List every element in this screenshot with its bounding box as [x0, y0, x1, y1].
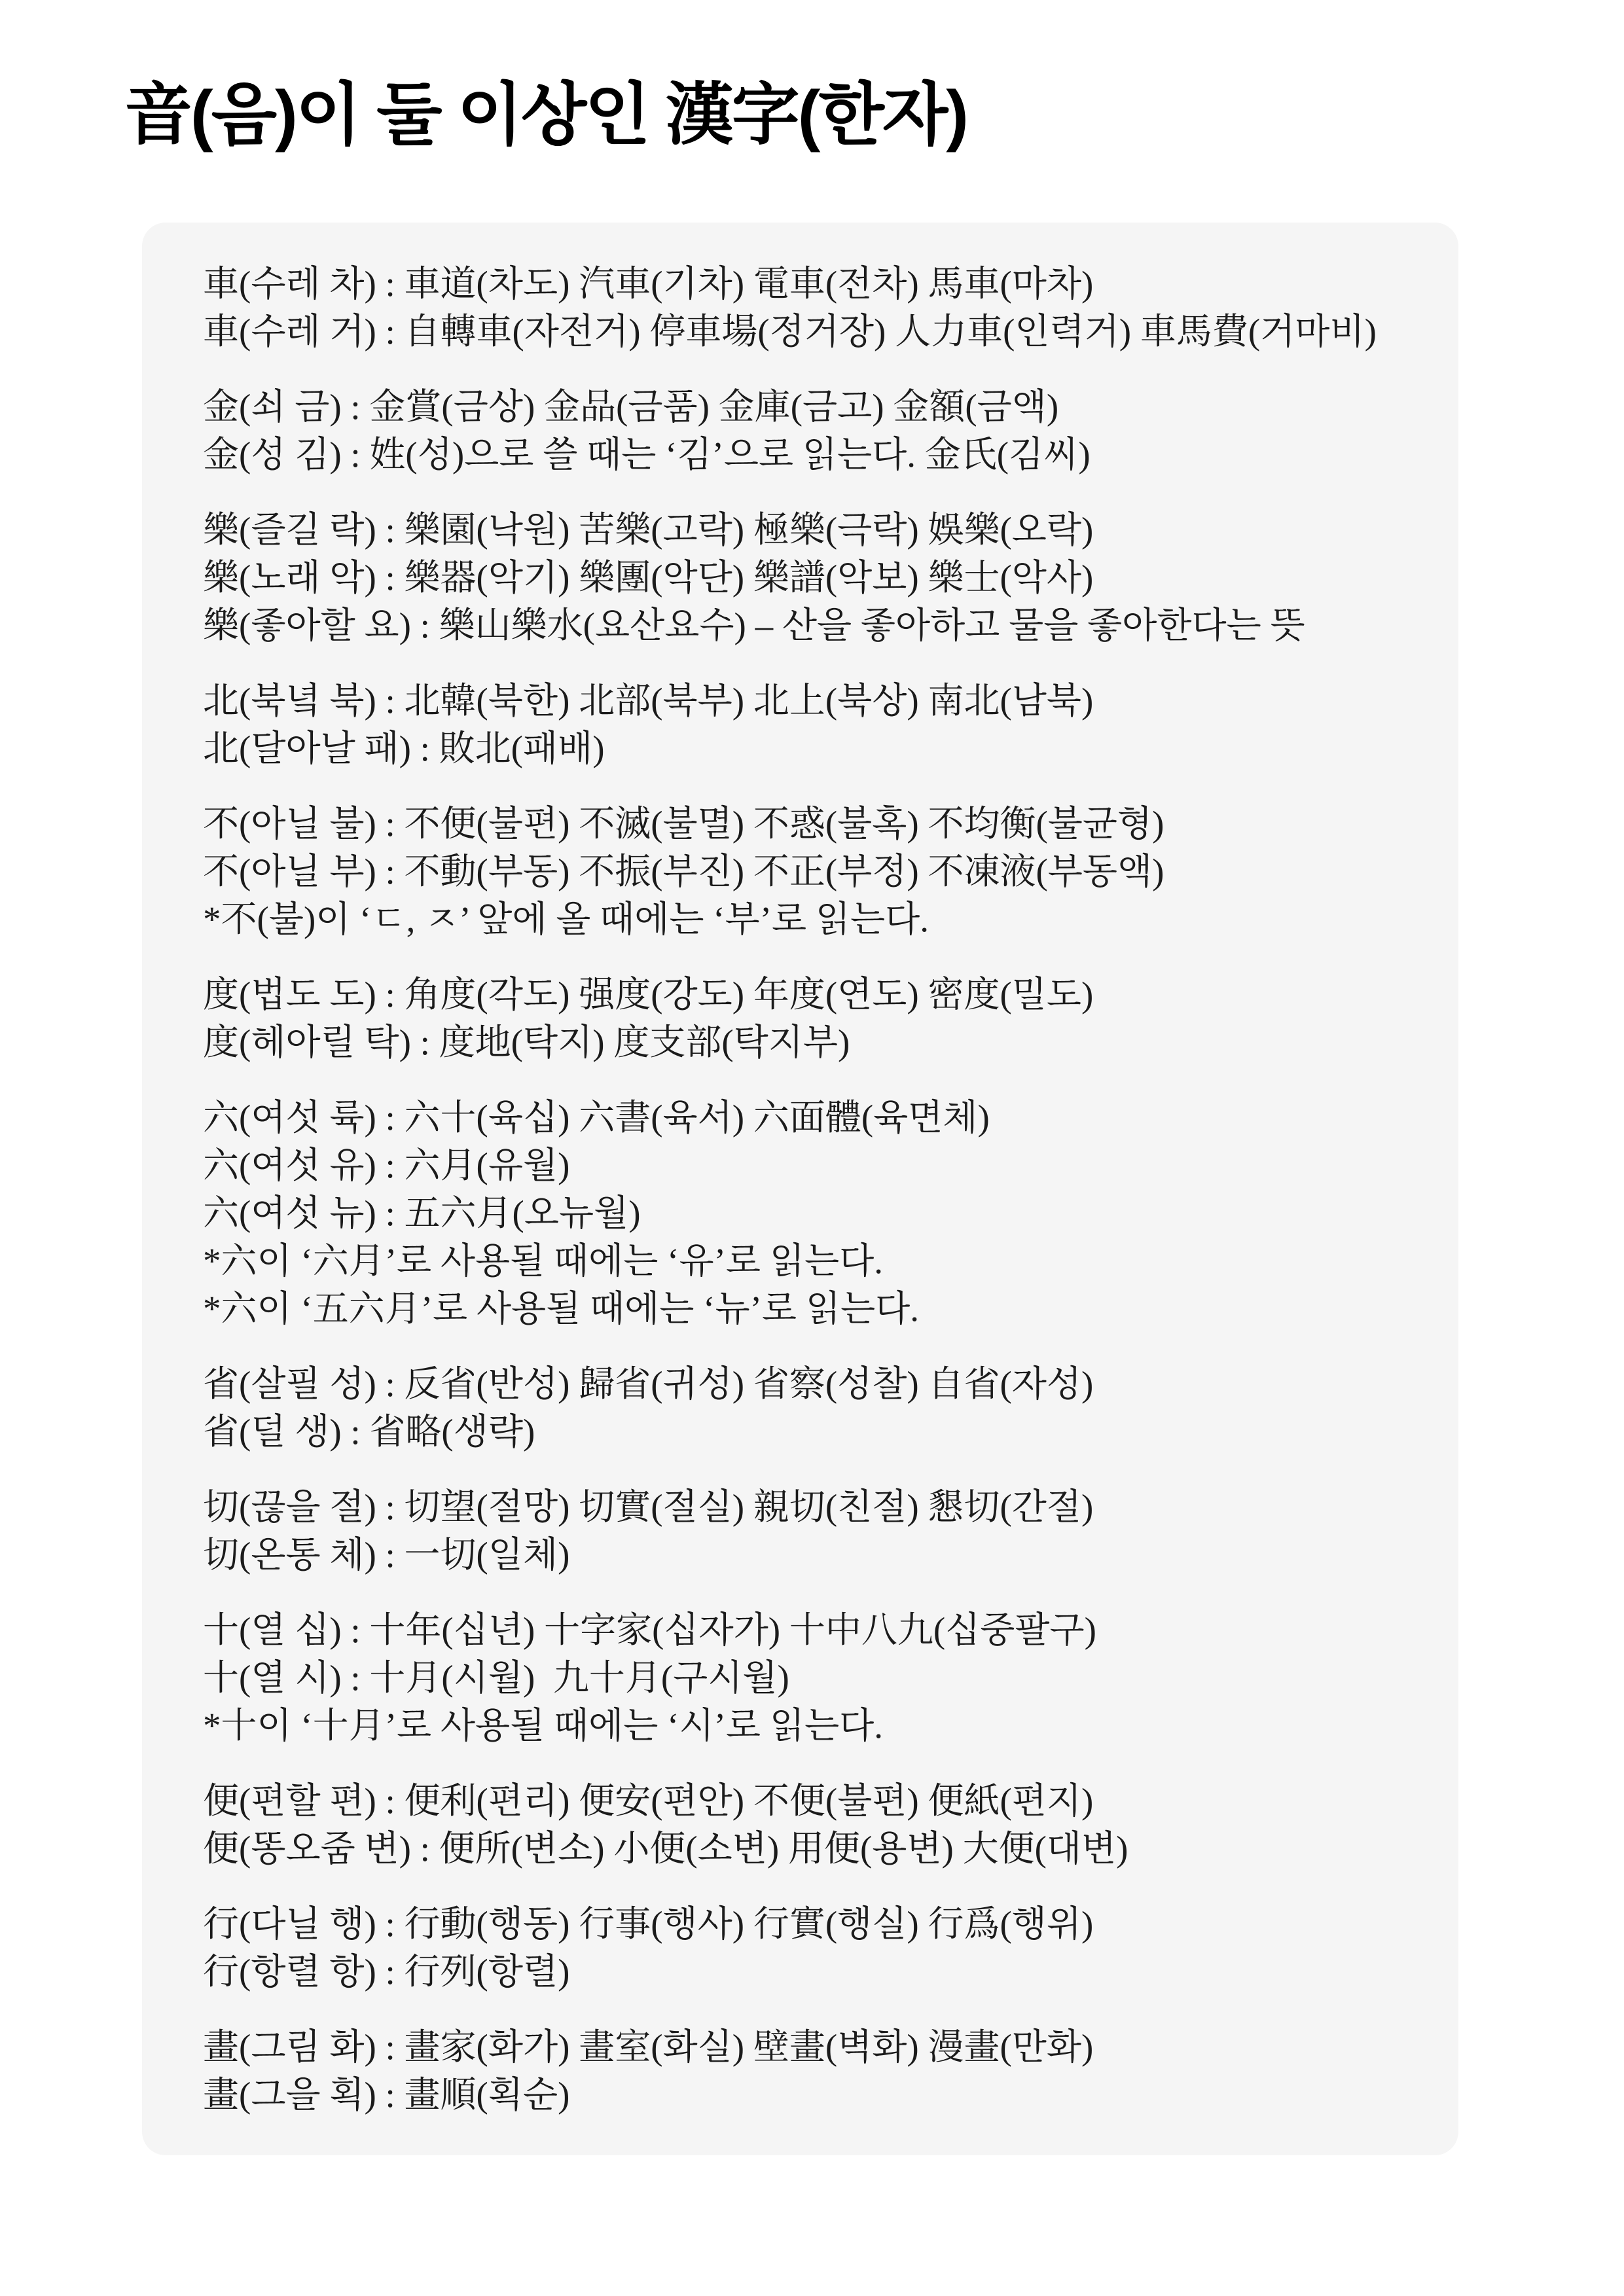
document-page: 音(음)이 둘 이상인 漢字(한자) 車(수레 차) : 車道(차도) 汽車(기… [0, 0, 1624, 2296]
hanja-group: 不(아닐 불) : 不便(불편) 不滅(불멸) 不惑(불혹) 不均衡(불균형)不… [203, 800, 1422, 943]
entry-line: 不(아닐 부) : 不動(부동) 不振(부진) 不正(부정) 不凍液(부동액) [203, 848, 1422, 895]
entry-line: 切(끊을 절) : 切望(절망) 切實(절실) 親切(친절) 懇切(간절) [203, 1483, 1422, 1531]
hanja-group: 十(열 십) : 十年(십년) 十字家(십자가) 十中八九(십중팔구)十(열 시… [203, 1606, 1422, 1749]
note-line: *十이 ‘十月’로 사용될 때에는 ‘시’로 읽는다. [203, 1702, 1422, 1749]
hanja-group: 切(끊을 절) : 切望(절망) 切實(절실) 親切(친절) 懇切(간절)切(온… [203, 1483, 1422, 1579]
entry-line: 樂(즐길 락) : 樂園(낙원) 苦樂(고락) 極樂(극락) 娛樂(오락) [203, 506, 1422, 554]
entry-line: 北(북녘 북) : 北韓(북한) 北部(북부) 北上(북상) 南北(남북) [203, 677, 1422, 725]
entry-line: 度(법도 도) : 角度(각도) 强度(강도) 年度(연도) 密度(밀도) [203, 971, 1422, 1018]
entry-line: 切(온통 체) : 一切(일체) [203, 1531, 1422, 1579]
entry-line: 金(쇠 금) : 金賞(금상) 金品(금품) 金庫(금고) 金額(금액) [203, 383, 1422, 431]
entry-line: 度(헤아릴 탁) : 度地(탁지) 度支部(탁지부) [203, 1018, 1422, 1066]
hanja-group: 便(편할 편) : 便利(편리) 便安(편안) 不便(불편) 便紙(편지)便(똥… [203, 1777, 1422, 1873]
entry-line: 省(덜 생) : 省略(생략) [203, 1408, 1422, 1456]
note-line: *不(불)이 ‘ㄷ, ㅈ’ 앞에 올 때에는 ‘부’로 읽는다. [203, 895, 1422, 943]
hanja-group: 車(수레 차) : 車道(차도) 汽車(기차) 電車(전차) 馬車(마차)車(수… [203, 260, 1422, 355]
entry-line: 金(성 김) : 姓(성)으로 쓸 때는 ‘김’으로 읽는다. 金氏(김씨) [203, 431, 1422, 478]
hanja-group: 度(법도 도) : 角度(각도) 强度(강도) 年度(연도) 密度(밀도)度(헤… [203, 971, 1422, 1066]
entry-line: 畫(그림 화) : 畫家(화가) 畫室(화실) 壁畫(벽화) 漫畫(만화) [203, 2023, 1422, 2071]
hanja-group: 畫(그림 화) : 畫家(화가) 畫室(화실) 壁畫(벽화) 漫畫(만화)畫(그… [203, 2023, 1422, 2119]
hanja-group: 省(살필 성) : 反省(반성) 歸省(귀성) 省察(성찰) 自省(자성)省(덜… [203, 1360, 1422, 1456]
entry-line: 樂(좋아할 요) : 樂山樂水(요산요수) – 산을 좋아하고 물을 좋아한다는… [203, 601, 1422, 649]
entry-line: 六(여섯 륙) : 六十(육십) 六書(육서) 六面體(육면체) [203, 1094, 1422, 1141]
hanja-group: 六(여섯 륙) : 六十(육십) 六書(육서) 六面體(육면체)六(여섯 유) … [203, 1094, 1422, 1333]
entry-line: 行(항렬 항) : 行列(항렬) [203, 1948, 1422, 1996]
entry-line: 行(다닐 행) : 行動(행동) 行事(행사) 行實(행실) 行爲(행위) [203, 1900, 1422, 1948]
entry-line: 便(똥오줌 변) : 便所(변소) 小便(소변) 用便(용변) 大便(대변) [203, 1825, 1422, 1873]
entry-line: 省(살필 성) : 反省(반성) 歸省(귀성) 省察(성찰) 自省(자성) [203, 1360, 1422, 1408]
entry-line: 十(열 십) : 十年(십년) 十字家(십자가) 十中八九(십중팔구) [203, 1606, 1422, 1654]
hanja-group: 行(다닐 행) : 行動(행동) 行事(행사) 行實(행실) 行爲(행위)行(항… [203, 1900, 1422, 1996]
entry-line: 車(수레 차) : 車道(차도) 汽車(기차) 電車(전차) 馬車(마차) [203, 260, 1422, 308]
page-title: 音(음)이 둘 이상인 漢字(한자) [124, 80, 967, 151]
content-card: 車(수레 차) : 車道(차도) 汽車(기차) 電車(전차) 馬車(마차)車(수… [142, 223, 1458, 2155]
entry-line: 畫(그을 획) : 畫順(획순) [203, 2071, 1422, 2119]
entry-line: 六(여섯 유) : 六月(유월) [203, 1141, 1422, 1189]
hanja-group: 樂(즐길 락) : 樂園(낙원) 苦樂(고락) 極樂(극락) 娛樂(오락)樂(노… [203, 506, 1422, 649]
entry-line: 樂(노래 악) : 樂器(악기) 樂團(악단) 樂譜(악보) 樂士(악사) [203, 554, 1422, 601]
entry-line: 便(편할 편) : 便利(편리) 便安(편안) 不便(불편) 便紙(편지) [203, 1777, 1422, 1825]
entry-line: 不(아닐 불) : 不便(불편) 不滅(불멸) 不惑(불혹) 不均衡(불균형) [203, 800, 1422, 848]
note-line: *六이 ‘五六月’로 사용될 때에는 ‘뉴’로 읽는다. [203, 1285, 1422, 1333]
note-line: *六이 ‘六月’로 사용될 때에는 ‘유’로 읽는다. [203, 1237, 1422, 1285]
entry-line: 六(여섯 뉴) : 五六月(오뉴월) [203, 1189, 1422, 1237]
hanja-group: 金(쇠 금) : 金賞(금상) 金品(금품) 金庫(금고) 金額(금액)金(성 … [203, 383, 1422, 478]
entry-line: 北(달아날 패) : 敗北(패배) [203, 725, 1422, 772]
hanja-group: 北(북녘 북) : 北韓(북한) 北部(북부) 北上(북상) 南北(남북)北(달… [203, 677, 1422, 772]
entry-line: 車(수레 거) : 自轉車(자전거) 停車場(정거장) 人力車(인력거) 車馬費… [203, 308, 1422, 355]
entry-line: 十(열 시) : 十月(시월) 九十月(구시월) [203, 1654, 1422, 1702]
